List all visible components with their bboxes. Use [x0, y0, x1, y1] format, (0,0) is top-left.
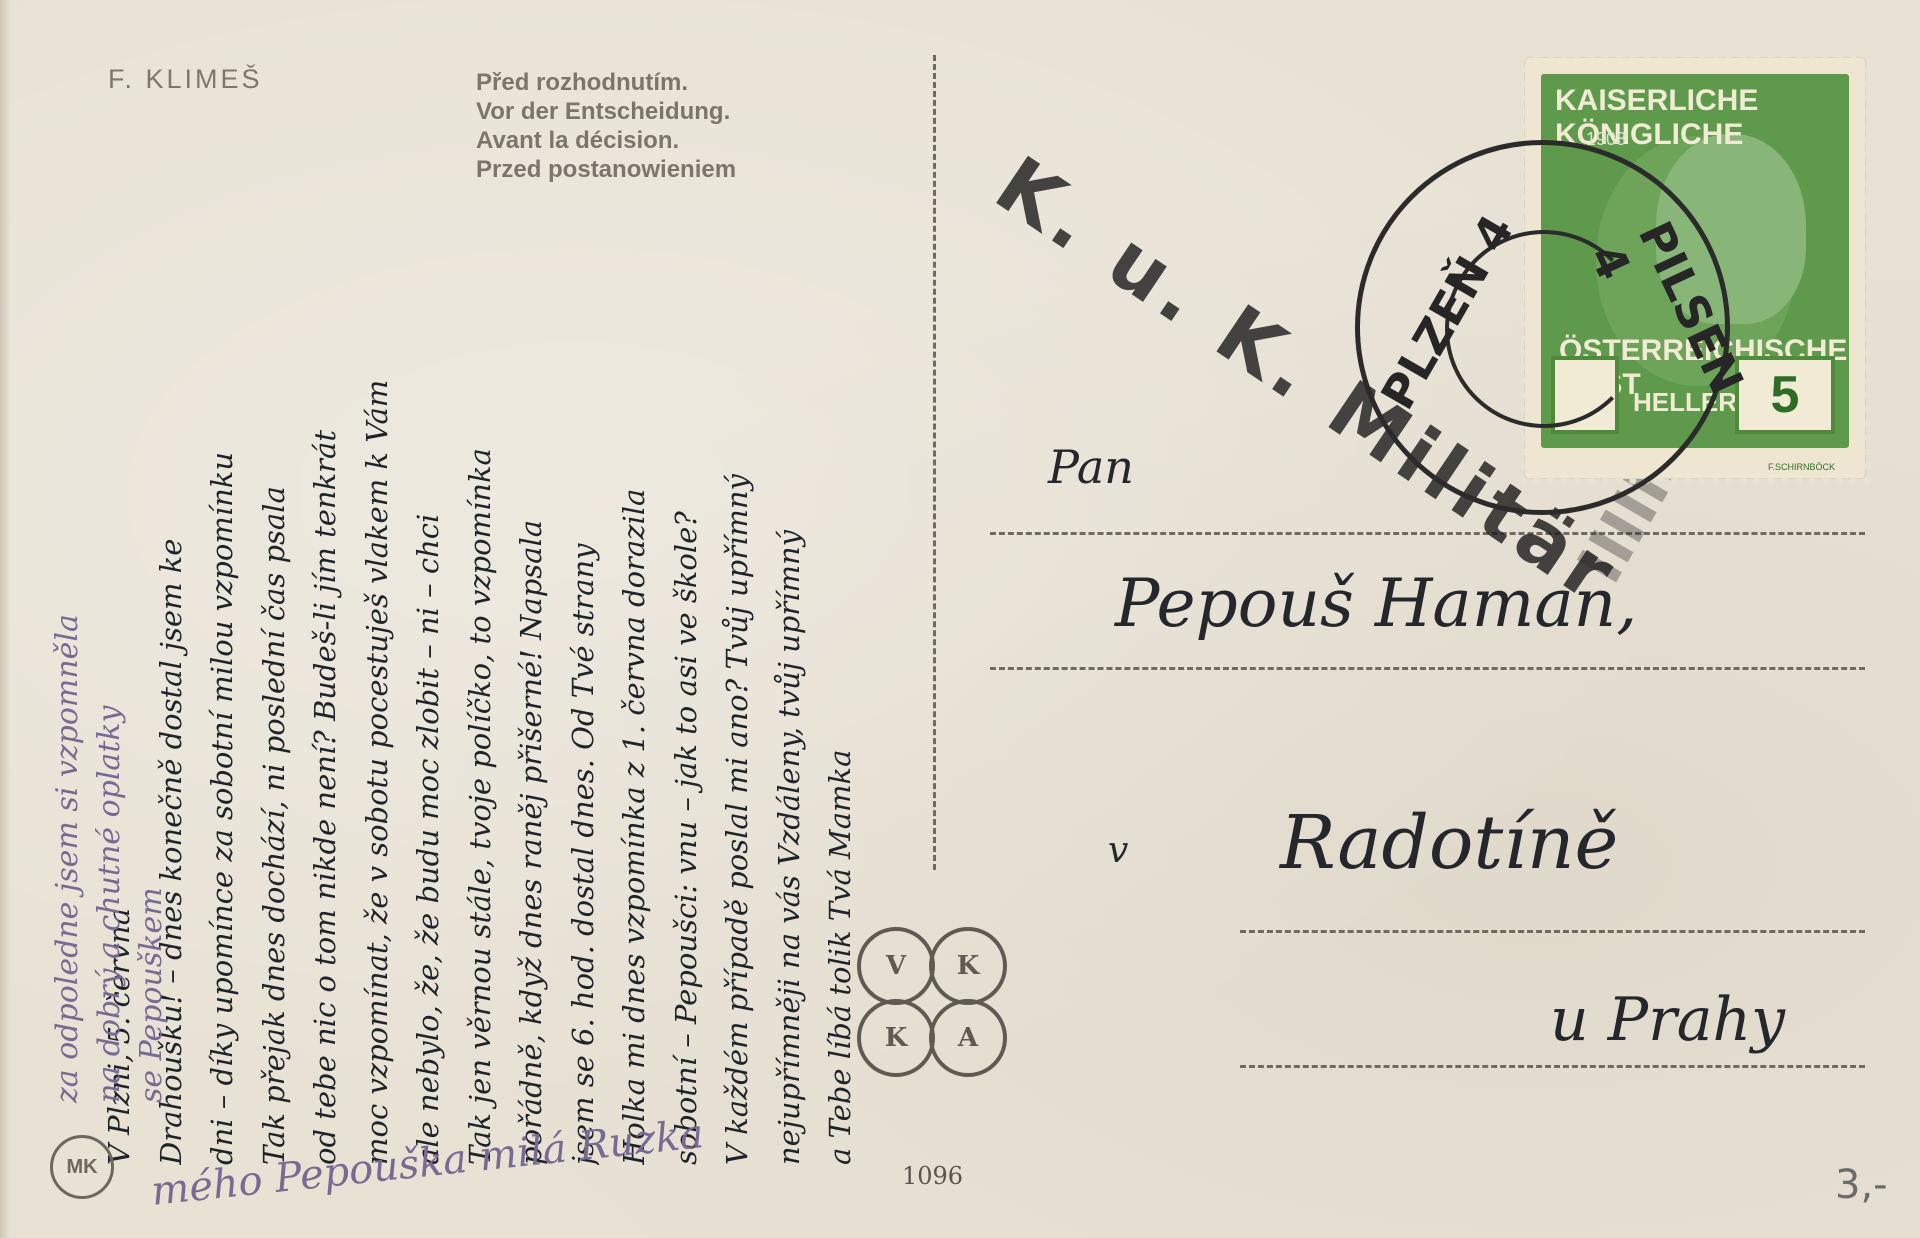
clover-leaf: K: [857, 999, 935, 1077]
message-line: nejupřímněji na vás Vzdáleny, tvůj upřím…: [763, 40, 815, 1165]
message-line: ale nebylo, že, že budu moc zlobit – ni …: [403, 40, 455, 1165]
stamp-engraver: F.SCHIRNBÖCK: [1768, 462, 1835, 472]
postcard-back: F. KLIMEŠ Před rozhodnutím. Vor der Ents…: [0, 0, 1920, 1238]
stamp-denomination: 5: [1735, 356, 1835, 434]
address-line: [990, 532, 1865, 535]
message-text: V Plzni, 5. června Drahoušku! – dnes kon…: [94, 40, 867, 1165]
message-line: Tak přejak dnes dochází, ni poslední čas…: [248, 40, 300, 1165]
four-leaf-clover-icon: V K K A: [855, 925, 1005, 1075]
message-line: od tebe nic o tom nikde není? Budeš-li j…: [300, 40, 352, 1165]
message-line: Tak jen věrnou stále, tvoje políčko, to …: [454, 40, 506, 1165]
clover-leaf: V: [857, 927, 935, 1005]
side-note-line: se Pepouškem: [131, 583, 173, 1103]
message-line: dni – díky upomínce za sobotní milou vzp…: [197, 40, 249, 1165]
message-line: sobotní – Pepoušci: vnu – jak to asi ve …: [660, 40, 712, 1165]
message-line: jsem se 6. hod. dostal dnes. Od Tvé stra…: [557, 40, 609, 1165]
pencil-price-note: 3,-: [1835, 1162, 1888, 1208]
clover-leaf: K: [929, 927, 1007, 1005]
message-line: pořádně, když dnes raněj přišerné! Napsa…: [506, 40, 558, 1165]
serial-number: 1096: [902, 1162, 963, 1190]
maker-mark-icon: MK: [50, 1135, 114, 1199]
message-line: moc vzpomínat, že v sobotu pocestuješ vl…: [351, 40, 403, 1165]
side-note-line: na dobrý a chutné oplatky: [89, 583, 131, 1103]
side-note-line: za odpoledne jsem si vzpomněla: [47, 583, 89, 1103]
address-line: [1240, 930, 1865, 933]
address-line: [990, 667, 1865, 670]
vertical-divider: [933, 55, 936, 870]
postmark: PLZEŇ 4 PILSEN 4: [1355, 140, 1730, 515]
address-preposition: v: [1108, 830, 1128, 871]
address-salutation: Pan: [1048, 440, 1134, 494]
message-line: V každém případě poslal mi ano? Tvůj upř…: [712, 40, 764, 1165]
address-region: u Prahy: [1550, 985, 1785, 1055]
side-note: za odpoledne jsem si vzpomněla na dobrý …: [47, 583, 173, 1103]
clover-leaf: A: [929, 999, 1007, 1077]
address-city: Radotíně: [1280, 800, 1618, 886]
address-line: [1240, 1065, 1865, 1068]
message-line: Holka mi dnes vzpomínka z 1. června dora…: [609, 40, 661, 1165]
